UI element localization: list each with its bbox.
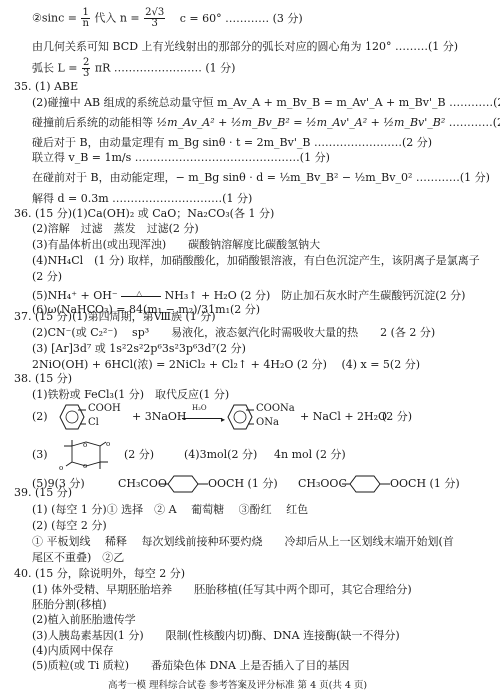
condition: H₂O [192,401,207,415]
reaction-arrow: △ [121,296,161,297]
text: (15 分)(1)第四周期，第Ⅷ族 (1 分) [35,310,216,323]
q36-p4b: (2 分) [32,270,62,284]
equation: ½m_Bv_B² − ½m_Bv_0² [279,171,412,184]
condition: △ [136,287,142,301]
substituent: ONa [256,416,279,430]
q39-p4: 尾区不重叠) ②乙 [32,551,124,565]
reaction-arrow: H₂O ▸ [182,412,222,419]
svg-text:o: o [83,441,87,449]
q40-p2: 胚胎分割(移植) [32,598,107,612]
q40-header: 40. (15 分，除说明外，每空 2 分) [14,567,185,581]
text: OOCH (1 分) [390,477,460,491]
substituent: COOH [88,402,121,416]
text: (15 分) [35,372,72,385]
q35-p6: 在碰前对于 B，由动能定理，− m_Bg sinθ · d = ½m_Bv_B²… [32,171,490,185]
label: (2) [32,410,48,424]
svg-text:o: o [59,464,63,470]
question-number: 39. [14,486,32,499]
q37-p2: (2)CN⁻(或 C₂²⁻) sp³ 易液化，液态氨汽化时需吸收大量的热 2 (… [32,326,435,340]
svg-text:o: o [106,440,110,448]
text: + 3NaOH [132,410,187,424]
q39-p1: (1) (每空 1 分)① 选择 ② A 葡萄糖 ③酚红 红色 [32,503,308,517]
q37-p3: (3) [Ar]3d⁷ 或 1s²2s²2p⁶3s²3p⁶3d⁷(2 分) [32,342,246,356]
text: πR …………………… (1 分) [95,62,236,75]
q35-p2: (2)碰撞中 AB 组成的系统总动量守恒 m_Av_A + m_Bv_B = m… [32,96,500,110]
substituent: COONa [256,402,295,416]
q40-p1: (1) 体外受精、早期胚胎培养 胚胎移植(任写其中两个即可，其它合理给分) [32,583,412,597]
benzene-ring-icon [222,402,256,432]
fraction: 1n [81,8,89,29]
q36-p5: (5)NH₄⁺ + OH⁻ △ NH₃↑ + H₂O (2 分) 防止加石灰水时… [32,289,465,303]
question-number: 37. [14,310,32,323]
text: c = 60° ………… (3 分) [180,12,303,25]
q36-p2: (2)溶解 过滤 蒸发 过滤(2 分) [32,222,199,236]
q40-p6: (5)质粒(或 Ti 质粒) 番茄染色体 DNA 上是否插入了目的基因 [32,659,349,673]
q40-p4: (3)人胰岛素基因(1 分) 限制(性核酸内切)酶、DNA 连接酶(缺一不得分) [32,629,400,643]
equation: ½m_Av_A² + ½m_Bv_B² = ½m_Av'_A² + ½m_Bv'… [157,116,446,129]
text: (5)NH₄⁺ + OH⁻ [32,289,118,302]
q35-p4: 碰后对于 B，由动量定理有 m_Bg sinθ · t = 2m_Bv'_B …… [32,136,432,150]
benzene-ring-icon [54,402,88,432]
text: (1) ABE [35,80,78,93]
text: OOCH (1 分) [208,477,278,491]
sec34-line3: 弧长 L = 23 πR …………………… (1 分) [32,58,235,79]
denominator: 3 [144,19,165,29]
sec34-line1: ②sinc = 1n 代入 n = 2√33 c = 60° ………… (3 分… [32,8,303,29]
benzene-ring-icon [342,475,390,493]
score: (2 分) [382,410,412,424]
q35-p5: 联立得 v_B = 1m/s ………………………………………(1 分) [32,151,330,165]
label: (3) [32,448,48,462]
text: (4)3mol(2 分) [184,448,257,462]
question-number: 36. [14,207,32,220]
q40-p3: (2)植入前胚胎遗传学 [32,613,136,627]
benzene-ring-icon [160,475,208,493]
question-number: 38. [14,372,32,385]
q38-header: 38. (15 分) [14,372,72,386]
q35-p7: 解得 d = 0.3m …………………………(1 分) [32,192,252,206]
text: NH₃↑ + H₂O (2 分) 防止加石灰水时产生碳酸钙沉淀(2 分) [165,289,466,302]
text: 碰撞前后系统的动能相等 [32,116,153,129]
sec34-line2: 由几何关系可知 BCD 上有光线射出的那部分的弧长对应的圆心角为 120° ……… [32,40,458,54]
q36-p4: (4)NH₄Cl (1 分) 取样，加硝酸酸化，加硝酸银溶液，有白色沉淀产生，该… [32,254,480,268]
q35-header: 35. (1) ABE [14,80,78,94]
text: CH₃OOC [298,477,347,491]
svg-text:o: o [83,462,87,470]
substituent: Cl [88,416,99,430]
q38-p1: (1)铁粉或 FeCl₃(1 分) 取代反应(1 分) [32,388,229,402]
text: (15 分，除说明外，每空 2 分) [35,567,185,580]
cyclic-diester-structure-icon: oo o o [50,440,120,470]
q36-header: 36. (15 分)(1)Ca(OH)₂ 或 CaO；Na₂CO₃(各 1 分) [14,207,274,221]
q36-p3: (3)有晶体析出(或出现浑浊) 碳酸钠溶解度比碳酸氢钠大 [32,238,320,252]
denominator: n [81,19,89,29]
denominator: 3 [82,69,90,79]
text: (15 分)(1)Ca(OH)₂ 或 CaO；Na₂CO₃(各 1 分) [35,207,274,220]
q39-title: 39. (15 分) [14,486,72,500]
fraction: 2√33 [144,8,165,29]
score: (2 分) [124,448,154,462]
q39-p2: (2) (每空 2 分) [32,519,107,533]
fraction: 23 [82,58,90,79]
text: 在碰前对于 B，由动能定理，− m_Bg sinθ · d = [32,171,276,184]
q39-p3: ① 平板划线 稀释 每次划线前接种环要灼烧 冷却后从上一区划线末端开始划(首 [32,535,454,549]
question-number: 40. [14,567,32,580]
text: …………(1 分) [416,171,490,184]
text: 代入 n = [94,12,139,25]
text: 4n mol (2 分) [274,448,346,462]
question-number: 35. [14,80,32,93]
text: …………(2 分) [449,116,500,129]
q40-p5: (4)内质网中保存 [32,644,114,658]
q35-p3: 碰撞前后系统的动能相等 ½m_Av_A² + ½m_Bv_B² = ½m_Av'… [32,116,500,130]
text: 弧长 L = [32,62,78,75]
text: ②sinc = [32,12,77,25]
page-footer: 高考一模 理科综合试卷 参考答案及评分标准 第 4 页(共 4 页) [108,677,367,691]
text: (15 分) [35,486,72,499]
text: + NaCl + 2H₂O [300,410,387,424]
q37-header: 37. (15 分)(1)第四周期，第Ⅷ族 (1 分) [14,310,216,324]
q37-p4: 2NiO(OH) + 6HCl(浓) = 2NiCl₂ + Cl₂↑ + 4H₂… [32,358,420,372]
